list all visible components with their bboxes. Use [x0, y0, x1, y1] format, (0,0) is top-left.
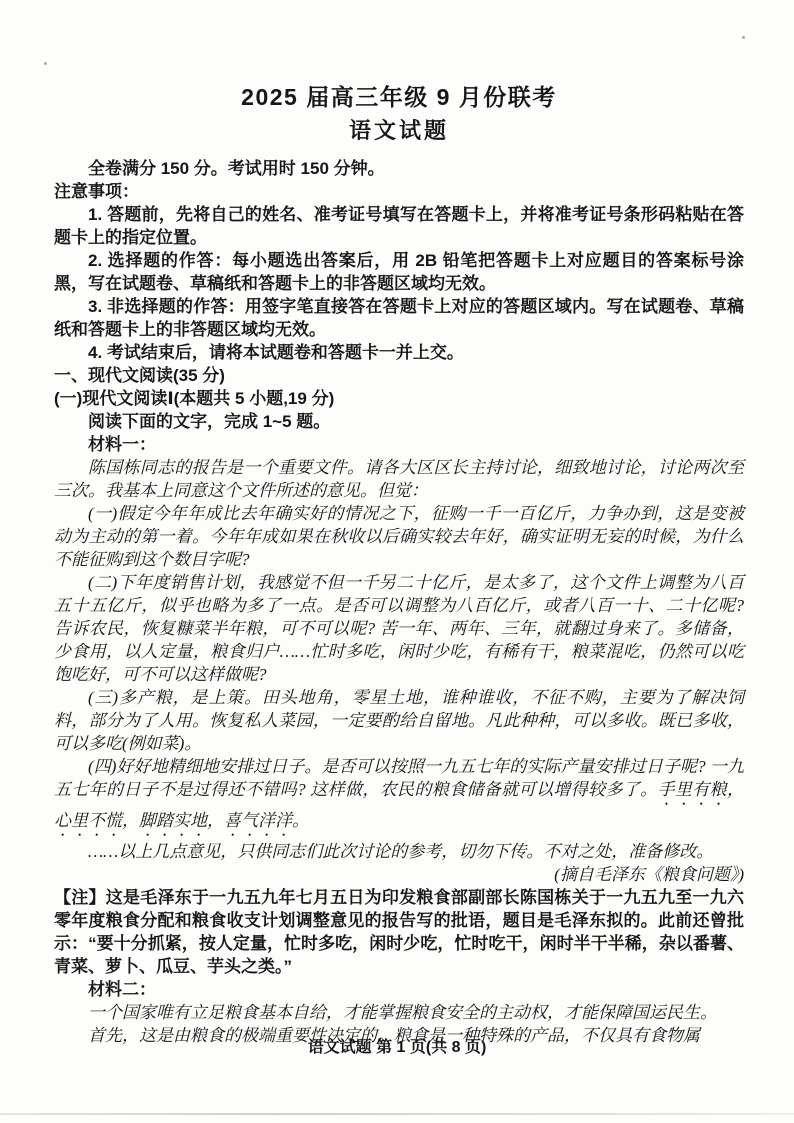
scan-speck [742, 36, 745, 39]
scan-edge-line [0, 1113, 794, 1115]
exam-meta-line: 全卷满分 150 分。考试用时 150 分钟。 [54, 157, 744, 180]
scan-speck [44, 62, 47, 65]
notice-item-1: 1. 答题前，先将自己的姓名、准考证号填写在答题卡上，并将准考证号条形码粘贴在答… [54, 203, 744, 249]
editor-note: 【注】这是毛泽东于一九五九年七月五日为印发粮食部副部长陈国栋关于一九五九至一九六… [54, 886, 744, 978]
section-subheading: (一)现代文阅读Ⅰ(本题共 5 小题,19 分) [54, 387, 744, 410]
notice-item-2: 2. 选择题的作答：每小题选出答案后，用 2B 铅笔把答题卡上对应题目的答案标号… [54, 249, 744, 295]
source-attribution: (摘自毛泽东《粮食问题》) [54, 863, 744, 886]
material-two-paragraph-1: 一个国家唯有立足粮食基本自给，才能掌握粮食安全的主动权，才能保障国运民生。 [54, 1001, 744, 1024]
reading-instruction: 阅读下面的文字，完成 1~5 题。 [54, 410, 744, 433]
page-footer: 语文试题 第 1 页(共 8 页) [0, 1034, 794, 1057]
page-title: 2025 届高三年级 9 月份联考 [54, 82, 744, 113]
material-one-paragraph-4: (三)多产粮，是上策。田头地角，零星土地，谁种谁收，不征不购，主要为了解决饲料，… [54, 686, 744, 755]
notice-item-3: 3. 非选择题的作答：用签字笔直接答在答题卡上对应的答题区域内。写在试题卷、草稿… [54, 295, 744, 341]
material-one-label: 材料一： [54, 433, 744, 456]
material-one-paragraph-1: 陈国栋同志的报告是一个重要文件。请各大区区长主持讨论，细致地讨论，讨论两次至三次… [54, 456, 744, 502]
material-one-closing: ……以上几点意见，只供同志们此次讨论的参考，切勿下传。不对之处，准备修改。 [54, 840, 744, 863]
material-one-paragraph-5: (四)好好地精细地安排过日子。是否可以按照一九五七年的实际产量安排过日子呢? 一… [54, 755, 744, 840]
notice-heading: 注意事项： [54, 180, 744, 203]
page-subtitle: 语文试题 [54, 117, 744, 146]
material-one-paragraph-2: (一)假定今年年成比去年确实好的情况之下，征购一千一百亿斤，力争办到，这是变被动… [54, 502, 744, 571]
exam-page: 2025 届高三年级 9 月份联考 语文试题 全卷满分 150 分。考试用时 1… [0, 0, 794, 1123]
material-one-paragraph-5-text: (四)好好地精细地安排过日子。是否可以按照一九五七年的实际产量安排过日子呢? 一… [54, 757, 744, 799]
notice-item-4: 4. 考试结束后，请将本试题卷和答题卡一并上交。 [54, 341, 744, 364]
material-one-paragraph-3: (二)下年度销售计划，我感觉不但一千另二十亿斤，是太多了，这个文件上调整为八百五… [54, 571, 744, 686]
material-two-label: 材料二： [54, 978, 744, 1001]
section-heading: 一、现代文阅读(35 分) [54, 364, 744, 387]
